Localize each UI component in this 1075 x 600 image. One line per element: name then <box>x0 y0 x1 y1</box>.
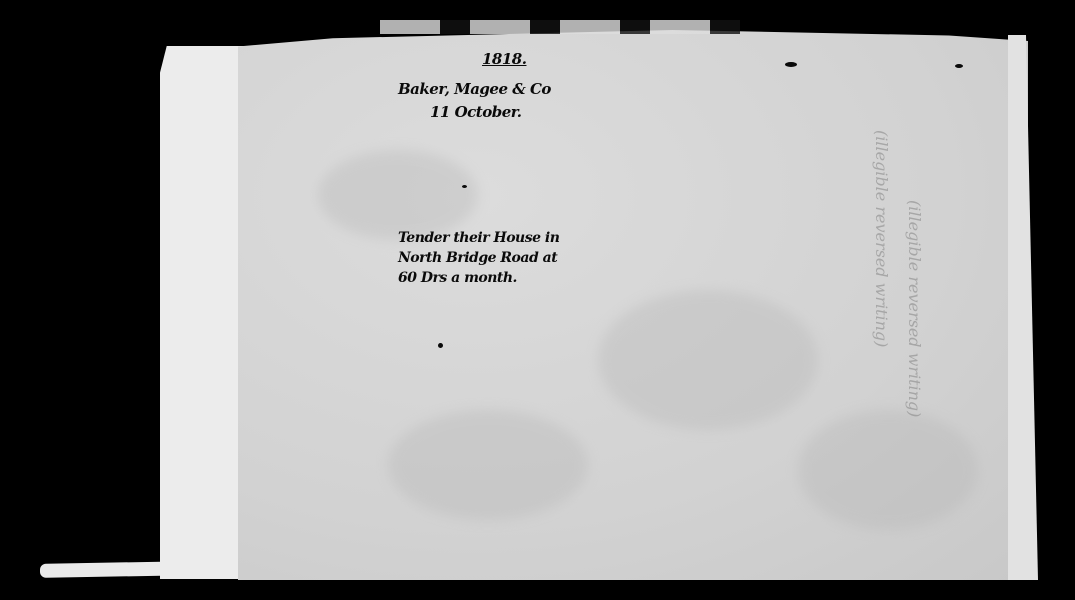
docket-year: 1818. <box>482 50 526 68</box>
ink-mark <box>462 185 467 188</box>
docket-note: Tender their House in North Bridge Road … <box>398 230 648 289</box>
page-edge <box>1008 35 1038 580</box>
torn-top-edge <box>380 20 740 34</box>
ink-dot <box>438 343 443 348</box>
note-line: North Bridge Road at <box>398 250 648 267</box>
note-line: 60 Drs a month. <box>398 270 648 287</box>
margin-sheet <box>160 46 244 579</box>
scan-background: 1818. Baker, Magee & Co 11 October. Tend… <box>0 0 1075 600</box>
ink-blot <box>785 62 797 67</box>
docket-sender: Baker, Magee & Co <box>398 80 551 98</box>
note-line: Tender their House in <box>398 230 648 247</box>
bleedthrough-text: (illegible reversed writing) <box>905 200 924 417</box>
ink-blot <box>955 64 963 68</box>
bleedthrough-text: (illegible reversed writing) <box>872 130 891 347</box>
docket-date: 11 October. <box>430 103 522 121</box>
